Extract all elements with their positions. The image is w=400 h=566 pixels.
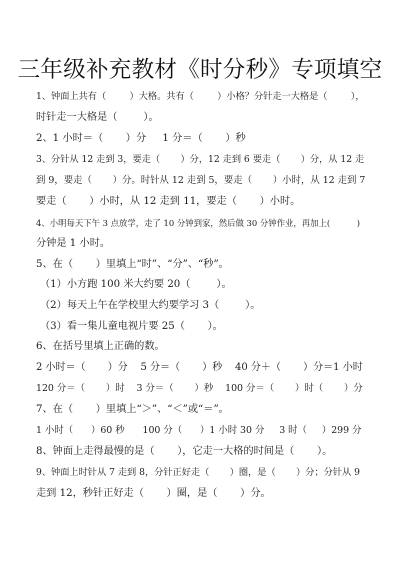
- question-line: 3、分针从 12 走到 3，要走（ ）分，12 走到 6 要走（ ）分，从 12…: [36, 153, 364, 167]
- question-line: 7、在（ ）里填上“＞”、“＜”或“＝”。: [36, 403, 229, 417]
- question-line: 8、钟面上走得最慢的是（ ），它走一大格的时间是（ ）。: [36, 445, 332, 459]
- question-line: 9、钟面上时针从 7 走到 8，分针正好走（ ）圈，是（ ）分；分针从 9: [36, 466, 360, 480]
- question-line: 1、钟面上共有（ ）大格。共有（ ）小格？分针走一大格是（ ），: [36, 90, 365, 104]
- question-line: 要走（ ）小时，从 12 走到 11，要走（ ）小时。: [36, 195, 300, 209]
- question-line: 2 小时＝（ ）分 5 分＝（ ）秒 40 分＋（ ）分＝1 小时: [36, 361, 363, 375]
- worksheet-page: 三年级补充教材《时分秒》专项填空 1、钟面上共有（ ）大格。共有（ ）小格？分针…: [0, 0, 400, 566]
- question-line: （1）小方跑 100 米大约要 20（ ）。: [40, 278, 232, 292]
- question-line: 分钟是 1 小时。: [36, 237, 110, 251]
- question-line: 120 分＝（ ）时 3 分＝（ ）秒 100 分＝（ ）时（ ）分: [36, 382, 363, 396]
- question-line: （2）每天上午在学校里大约要学习 3（ ）。: [40, 299, 260, 313]
- question-line: （3）看一集儿童电视片要 25（ ）。: [40, 320, 223, 334]
- question-line: 1 小时（ ）60 秒 100 分（ ）1 小时 30 分 3 时（ ）299 …: [36, 424, 361, 438]
- question-line: 时针走一大格是（ ）。: [36, 111, 159, 125]
- question-line: 6、在括号里填上正确的数。: [36, 340, 165, 354]
- question-line: 2、1 小时＝（ ）分 1 分＝（ ）秒: [36, 132, 246, 146]
- page-title: 三年级补充教材《时分秒》专项填空: [0, 55, 400, 85]
- question-line: 5、在（ ）里填上“时”、“分”、“秒”。: [36, 258, 229, 272]
- question-line: 到 9，要走（ ）分。时针从 12 走到 5，要走（ ）小时，从 12 走到 7: [36, 174, 365, 188]
- question-line: 4、小明每天下午 3 点放学，走了 10 分钟到家，然后做 30 分钟作业，再加…: [36, 216, 360, 230]
- question-line: 走到 12，秒针正好走（ ）圈，是（ ）分。: [36, 487, 271, 501]
